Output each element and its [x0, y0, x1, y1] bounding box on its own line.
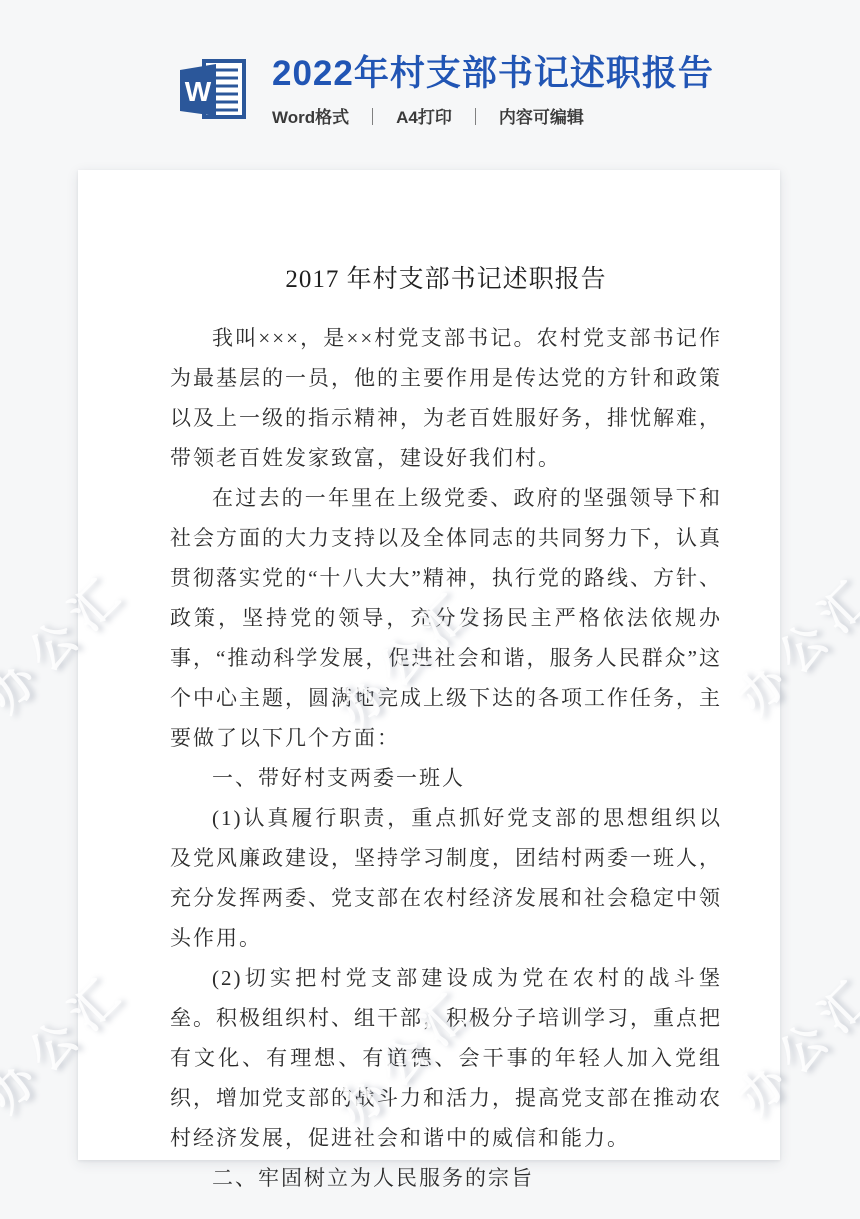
word-icon-letter: W — [185, 76, 212, 107]
document-page: 2017 年村支部书记述职报告 我叫×××，是××村党支部书记。农村党支部书记作… — [78, 170, 780, 1160]
document-title: 2017 年村支部书记述职报告 — [170, 264, 722, 296]
section-heading-1: 一、带好村支两委一班人 — [170, 758, 722, 798]
paragraph-point-2: (2)切实把村党支部建设成为党在农村的战斗堡垒。积极组织村、组干部，积极分子培训… — [170, 958, 722, 1158]
header: W 2022年村支部书记述职报告 Word格式 ｜ A4打印 ｜ 内容可编辑 — [170, 54, 714, 128]
meta-item-editable: 内容可编辑 — [499, 103, 584, 128]
paragraph-point-1: (1)认真履行职责，重点抓好党支部的思想组织以及党风廉政建设，坚持学习制度，团结… — [170, 798, 722, 958]
meta-separator: ｜ — [467, 103, 484, 128]
document-body: 我叫×××，是××村党支部书记。农村党支部书记作为最基层的一员，他的主要作用是传… — [170, 318, 722, 1198]
meta-separator: ｜ — [364, 103, 381, 128]
meta-item-format: Word格式 — [272, 103, 349, 128]
meta-item-print: A4打印 — [396, 103, 452, 128]
page-canvas: W 2022年村支部书记述职报告 Word格式 ｜ A4打印 ｜ 内容可编辑 2… — [0, 0, 860, 1219]
header-title-link[interactable]: 2022年村支部书记述职报告 — [272, 54, 714, 94]
paragraph-intro: 我叫×××，是××村党支部书记。农村党支部书记作为最基层的一员，他的主要作用是传… — [170, 318, 722, 478]
document-page-content: 2017 年村支部书记述职报告 我叫×××，是××村党支部书记。农村党支部书记作… — [78, 170, 780, 1198]
section-heading-2: 二、牢固树立为人民服务的宗旨 — [170, 1158, 722, 1198]
header-meta: Word格式 ｜ A4打印 ｜ 内容可编辑 — [272, 103, 714, 128]
header-text-block: 2022年村支部书记述职报告 Word格式 ｜ A4打印 ｜ 内容可编辑 — [272, 54, 714, 128]
paragraph-overview: 在过去的一年里在上级党委、政府的坚强领导下和社会方面的大力支持以及全体同志的共同… — [170, 478, 722, 758]
word-icon: W — [170, 54, 250, 124]
